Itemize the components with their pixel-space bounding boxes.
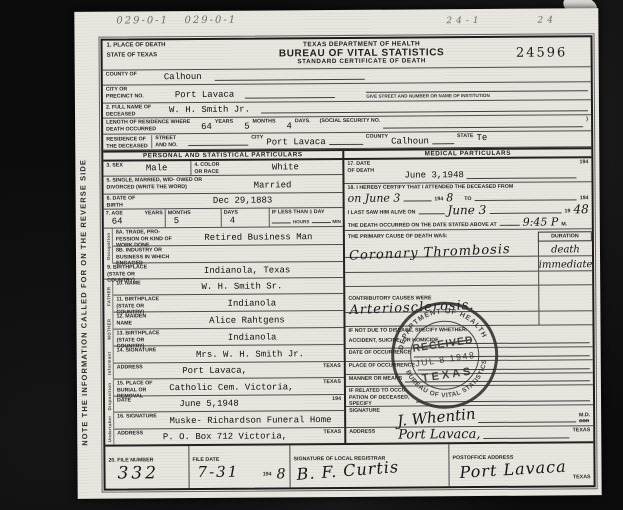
state-of-texas-label: STATE OF TEXAS (107, 51, 227, 59)
duration-hand-1: death (551, 245, 580, 255)
burial-row: 15. PLACE OF BURIAL OR REMOVAL Catholic … (114, 378, 344, 397)
date-of-death-row: 17. DATE OF DEATH June 3,1948 194 (344, 158, 591, 184)
rule (418, 212, 444, 214)
postoffice-cell: POSTOFFICE ADDRESS Port Lavaca TEXAS (449, 443, 593, 486)
registration-footer: 20. FILE NUMBER 332 FILE DATE 7-31 194 8… (105, 441, 593, 488)
age-years-label: YEARS (144, 210, 162, 217)
father-name-label: 10. NAME (116, 280, 140, 287)
informant-signature-label: 14. SIGNATURE (117, 347, 157, 354)
occupation-group: Occupation 8A. TRADE, PRO- FESSION OR KI… (104, 227, 343, 264)
informant-address-row: ADDRESS Port Lavaca, TEXAS (114, 362, 344, 380)
occupation-side-strip: Occupation (104, 229, 113, 264)
undertaker-group: Undertaker 16. SIGNATURE Muske- Richards… (105, 411, 344, 445)
informant-address-label: ADDRESS (117, 364, 143, 371)
mother-name-row: 12. MAIDEN NAME Alice Rahtgens (113, 311, 343, 330)
cause-line-3 (345, 272, 538, 287)
certify-block: 18. I HEREBY CERTIFY THAT I ATTENDED THE… (345, 182, 592, 231)
disposition-side-strip: Disposition (105, 380, 114, 413)
place-of-death-label: 1. PLACE OF DEATH (107, 42, 227, 50)
texas-label: TEXAS (324, 429, 342, 436)
county-label: COUNTY OF (106, 71, 137, 78)
street-no-label: STREET AND NO. (155, 135, 185, 148)
last-saw-year-hand: 48 (573, 203, 588, 215)
father-name-row: 10. NAME W. H. Smith Sr. (113, 278, 343, 296)
sex-cell: 3. SEX Male (103, 161, 191, 176)
birthdate-label: 6. DATE OF BIRTH (107, 195, 143, 208)
father-bp-value: Indianola (228, 299, 277, 308)
min-label: MIN (332, 219, 340, 225)
file-number-value: 332 (117, 465, 159, 482)
personal-section-header: PERSONAL AND STATISTICAL PARTICULARS (103, 151, 344, 160)
duration-cell-2: immediate (538, 256, 592, 271)
length-months-value: 5 (244, 123, 249, 132)
cause-line-2 (345, 257, 538, 273)
attended-year-digit: 8 (446, 192, 453, 203)
rule (245, 96, 335, 99)
age-row: 7. AGE YEARS 64 MONTHS 5 DAYS 4 (104, 208, 343, 229)
age-years-cell: 7. AGE YEARS 64 (104, 209, 166, 227)
rule (272, 221, 291, 223)
undertaker-address-row: ADDRESS P. O. Box 712 Victoria, TEXAS (114, 428, 344, 445)
burial-date-label: DATE (117, 397, 131, 404)
physician-address-label: ADDRESS (349, 429, 375, 436)
main-columns: 3. SEX Male 4. COLOR OR RACE White 5. SI… (103, 158, 593, 444)
father-group: FATHER 10. NAME W. H. Smith Sr. 11. BIRT… (104, 278, 343, 313)
duration-cell-1: death (538, 241, 592, 257)
informant-side-label: Informant (106, 351, 111, 374)
last-saw-label: I LAST SAW HIM ALIVE ON (348, 210, 416, 217)
contributory-row-1: Arteriosclerosis. (345, 295, 592, 313)
date-of-death-value: June 3,1948 (404, 171, 463, 180)
birthplace-value: Indianola, Texas (204, 266, 290, 276)
rule (416, 399, 590, 402)
duration-cell-3 (538, 271, 592, 285)
rule (467, 176, 577, 179)
sex-race-row: 3. SEX Male 4. COLOR OR RACE White (103, 160, 342, 177)
undertaker-side-label: Undertaker (107, 415, 112, 442)
duration-hand-2: immediate (539, 260, 593, 270)
residence-label: RESIDENCE OF THE DECEASED (106, 135, 152, 148)
father-rows: 10. NAME W. H. Smith Sr. 11. BIRTHPLACE … (113, 278, 343, 313)
mother-rows: 12. MAIDEN NAME Alice Rahtgens 13. BIRTH… (113, 311, 343, 347)
county-value: Calhoun (164, 73, 202, 82)
certificate-border-box: 1. PLACE OF DEATH STATE OF TEXAS TEXAS D… (100, 35, 595, 490)
informant-side-strip: Informant (105, 347, 114, 380)
accident-label: ACCIDENT, SUICIDE, OR HOMICIDE (349, 337, 439, 344)
sex-label: 3. SEX (106, 162, 123, 169)
hours-label: HOURS (293, 219, 310, 225)
hours-min: HOURS MIN (272, 219, 341, 225)
undertaker-rows: 16. SIGNATURE Muske- Richardson Funeral … (114, 411, 344, 445)
certify-label: 18. I HEREBY CERTIFY THAT I ATTENDED THE… (348, 183, 589, 191)
rule (478, 420, 576, 423)
mother-name-label: 12. MAIDEN NAME (116, 313, 150, 326)
date-of-death-label: 17. DATE OF DEATH (347, 161, 377, 174)
age-years-value: 64 (112, 217, 163, 226)
death-occurred-line: THE DEATH OCCURRED ON THE DATE STATED AB… (348, 217, 589, 230)
rule (442, 342, 590, 345)
pencil-annotation-top-left: 029-0-1 029-0-1 (116, 15, 237, 27)
year19-label: 19 (565, 209, 571, 216)
informant-rows: 14. SIGNATURE Mrs. W. H. Smith Jr. ADDRE… (114, 345, 344, 380)
marital-value: Married (254, 181, 292, 190)
undertaker-signature-value: Muske- Richardson Funeral Home (169, 416, 331, 426)
physician-signature-row: SIGNATURE J. Whentin M.D. COR (346, 405, 593, 428)
contributory-line-1: Arteriosclerosis. (345, 295, 538, 312)
race-cell: 4. COLOR OR RACE White (191, 160, 342, 175)
father-side-strip: FATHER (104, 280, 113, 313)
race-label: 4. COLOR OR RACE (194, 162, 228, 175)
city2-label: CITY (251, 135, 263, 142)
industry-row: 8B. INDUSTRY OR BUSINESS IN WHICH ENGAGE… (113, 245, 343, 264)
occurred-time-hand: 9:45 P (523, 217, 559, 228)
file-date-year-digit: 8 (277, 467, 286, 481)
birthplace-row: 9. BIRTHPLACE (STATE OR COUNTRY) Indiano… (104, 262, 343, 280)
postoffice-value-hand: Port Lavaca (459, 459, 567, 481)
mother-group: MOTHER 12. MAIDEN NAME Alice Rahtgens 13… (104, 311, 343, 347)
marital-label: 5. SINGLE, MARRIED, WID- OWED OR DIVORCE… (106, 177, 202, 191)
mother-side-label: MOTHER (106, 319, 111, 340)
duration-cell-4 (538, 285, 592, 295)
title-row: 1. PLACE OF DEATH STATE OF TEXAS TEXAS D… (103, 37, 591, 70)
physician-address-row: ADDRESS Port Lavaca, TEXAS (346, 426, 593, 443)
place-occurrence-label: PLACE OF OCCURRENCE (349, 363, 415, 370)
texas-label: TEXAS (323, 363, 341, 370)
last-saw-hand: June 3 (447, 204, 486, 216)
disposition-group: Disposition 15. PLACE OF BURIAL OR REMOV… (105, 378, 344, 413)
undertaker-signature-row: 16. SIGNATURE Muske- Richardson Funeral … (114, 411, 344, 430)
father-bp-row: 11. BIRTHPLACE (STATE OR COUNTRY) Indian… (113, 294, 343, 313)
occupation-side-label: Occupation (105, 232, 110, 260)
year-label: 194 (263, 472, 272, 479)
year-label: 194 (434, 196, 443, 203)
not-disease-label: IF NOT DUE TO DISEASE, SPECIFY WHETHER: (349, 327, 468, 334)
cause-line-1: Coronary Thrombosis (345, 241, 538, 258)
disposition-rows: 15. PLACE OF BURIAL OR REMOVAL Catholic … (114, 378, 344, 413)
texas-label: TEXAS (573, 475, 591, 482)
cause-row-1: Coronary Thrombosis death (345, 241, 592, 259)
burial-date-value: June 5,1948 (179, 400, 238, 409)
rule (403, 199, 431, 201)
fullname-value: W. H. Smith Jr. (169, 106, 250, 116)
department-heading: TEXAS DEPARTMENT OF HEALTH BUREAU OF VIT… (227, 40, 497, 67)
residence-row: RESIDENCE OF THE DECEASED STREET AND NO.… (103, 131, 591, 150)
rule (215, 78, 365, 81)
length-label: LENGTH OF RESIDENCE WHERE DEATH OCCURRED (106, 119, 198, 133)
mother-side-strip: MOTHER (104, 313, 113, 347)
city2-value: Port Lavaca (266, 138, 325, 147)
age-less-label: IF LESS THAN 1 DAY (272, 209, 325, 216)
fullname-label: 2. FULL NAME OF DECEASED (106, 104, 158, 118)
informant-signature-row: 14. SIGNATURE Mrs. W. H. Smith Jr. (114, 345, 344, 364)
medical-section-header: MEDICAL PARTICULARS (344, 149, 591, 158)
personal-column: 3. SEX Male 4. COLOR OR RACE White 5. SI… (103, 160, 346, 445)
date-occurrence-label: DATE OF OCCURRENCE (349, 350, 411, 357)
birthdate-value: Dec 29,1883 (213, 196, 272, 205)
physician-signature-hand: J. Whentin (396, 407, 476, 429)
rule (414, 355, 590, 358)
coroner-strikethrough: COR (579, 419, 589, 425)
physician-address-hand: Port Lavaca, (398, 428, 480, 442)
attended-from-hand: on June 3 (348, 192, 401, 203)
place-of-death-block: 1. PLACE OF DEATH STATE OF TEXAS (107, 42, 227, 68)
state-label: STATE (457, 133, 474, 140)
mother-bp-row: 13. BIRTHPLACE (STATE OR COUNTRY) Indian… (114, 328, 344, 347)
undertaker-signature-label: 16. SIGNATURE (117, 413, 157, 420)
related-label: IF RELATED TO OCCU- PATION OF DECEASED, … (349, 388, 413, 408)
burial-date-row: DATE June 5,1948 194 (114, 395, 344, 413)
trade-row: 8A. TRADE, PRO- FESSION OR KIND OF WORK … (113, 227, 343, 247)
months-label: MONTHS (253, 118, 276, 125)
trade-value: Retired Business Man (204, 233, 312, 243)
state-value: Te (476, 134, 487, 143)
md-stack: M.D. COR (579, 412, 590, 424)
file-date-cell: FILE DATE 7-31 194 8 (189, 445, 290, 488)
texas-label: TEXAS (573, 427, 591, 434)
ssn-label: (SOCIAL SECURITY NO. (320, 118, 381, 125)
to-label: TO (464, 196, 471, 203)
occupation-rows: 8A. TRADE, PRO- FESSION OR KIND OF WORK … (113, 227, 343, 264)
informant-group: Informant 14. SIGNATURE Mrs. W. H. Smith… (105, 345, 344, 380)
primary-cause-label: THE PRIMARY CAUSE OF DEATH WAS: (348, 232, 538, 240)
rule (405, 379, 590, 382)
year-label: 194 (580, 159, 589, 166)
city-label: CITY OR PRECINCT NO. (106, 86, 154, 100)
father-name-value: W. H. Smith Sr. (201, 282, 282, 292)
duration-cell-6 (538, 311, 592, 325)
age-days-value: 4 (230, 216, 267, 225)
related-occupation-row: IF RELATED TO OCCU- PATION OF DECEASED, … (346, 385, 593, 407)
rule (329, 143, 363, 145)
age-months-label: MONTHS (168, 210, 191, 217)
physician-signature-label: SIGNATURE (349, 408, 380, 415)
m-label: M. (561, 221, 567, 228)
age-less-cell: IF LESS THAN 1 DAY HOURS MIN (270, 208, 343, 227)
registrar-cell: SIGNATURE OF LOCAL REGISTRAR B. F. Curti… (290, 444, 449, 487)
occurred-label: THE DEATH OCCURRED ON THE DATE STATED AB… (348, 222, 497, 230)
registrar-signature-hand: B. F. Curtis (296, 459, 400, 483)
mother-name-value: Alice Rahtgens (209, 316, 285, 326)
attended-line: on June 3 194 8 TO 194 (348, 191, 589, 204)
rule (261, 109, 588, 113)
length-days-value: 4 (287, 122, 292, 131)
days-label: DAYS. (295, 118, 311, 125)
rule (418, 368, 590, 371)
texas-label: TEXAS (323, 379, 341, 386)
rule (489, 211, 561, 214)
undertaker-address-value: P. O. Box 712 Victoria, (163, 432, 287, 442)
file-date-value: 7-31 (197, 465, 239, 480)
father-side-label: FATHER (106, 286, 111, 305)
cause-row-2: immediate (345, 256, 592, 273)
informant-address-value: Port Lavaca, (182, 367, 247, 376)
contributory-line-2 (345, 311, 538, 326)
birthdate-row: 6. DATE OF BIRTH Dec 29,1883 (104, 193, 343, 210)
dept-line3: STANDARD CERTIFICATE OF DEATH (227, 58, 497, 67)
undertaker-side-strip: Undertaker (105, 413, 114, 445)
medical-column: 17. DATE OF DEATH June 3,1948 194 18. I … (344, 158, 593, 443)
age-months-value: 5 (174, 217, 219, 226)
burial-value: Catholic Cem. Victoria, (169, 383, 293, 393)
year-label: 194 (332, 396, 341, 403)
reverse-side-note: NOTE THE INFORMATION CALLED FOR ON THE R… (78, 110, 95, 496)
institution-note: GIVE STREET AND NUMBER OR NAME OF INSTIT… (366, 93, 490, 100)
rule (311, 221, 330, 223)
age-days-cell: DAYS 4 (222, 208, 270, 226)
institution-note-block: GIVE STREET AND NUMBER OR NAME OF INSTIT… (366, 91, 588, 100)
years-label: YEARS (215, 119, 233, 126)
mother-bp-value: Indianola (228, 333, 277, 342)
ssn-close-paren: ) (586, 116, 588, 123)
sex-value: Male (146, 164, 168, 173)
year-label: 194 (580, 195, 589, 202)
length-years-value: 64 (201, 123, 212, 132)
county2-value: Calhoun (391, 137, 429, 146)
pencil-annotation-top-right: 24-1 24 (446, 15, 557, 26)
county2-label: COUNTY (366, 134, 388, 141)
marital-row: 5. SINGLE, MARRIED, WID- OWED OR DIVORCE… (103, 175, 342, 195)
rule (432, 142, 454, 144)
rule (500, 224, 520, 226)
race-value: White (272, 163, 299, 172)
certificate-number: 24596 (497, 39, 587, 65)
age-months-cell: MONTHS 5 (166, 209, 222, 227)
manner-label: MANNER OR MEANS (349, 376, 402, 383)
informant-signature-value: Mrs. W. H. Smith Jr. (196, 350, 304, 360)
duration-cell-5 (538, 295, 592, 311)
scan-background: 029-0-1 029-0-1 24-1 24 NOTE THE INFORMA… (0, 0, 623, 510)
city-value: Port Lavaca (175, 91, 234, 100)
certificate-page: 029-0-1 029-0-1 24-1 24 NOTE THE INFORMA… (74, 8, 601, 499)
rule (483, 436, 569, 439)
disposition-side-label: Disposition (106, 382, 111, 410)
rule (475, 198, 577, 201)
rule (383, 125, 583, 128)
rule (188, 144, 248, 146)
undertaker-address-label: ADDRESS (117, 430, 143, 437)
file-number-cell: 20. FILE NUMBER 332 (105, 446, 189, 489)
